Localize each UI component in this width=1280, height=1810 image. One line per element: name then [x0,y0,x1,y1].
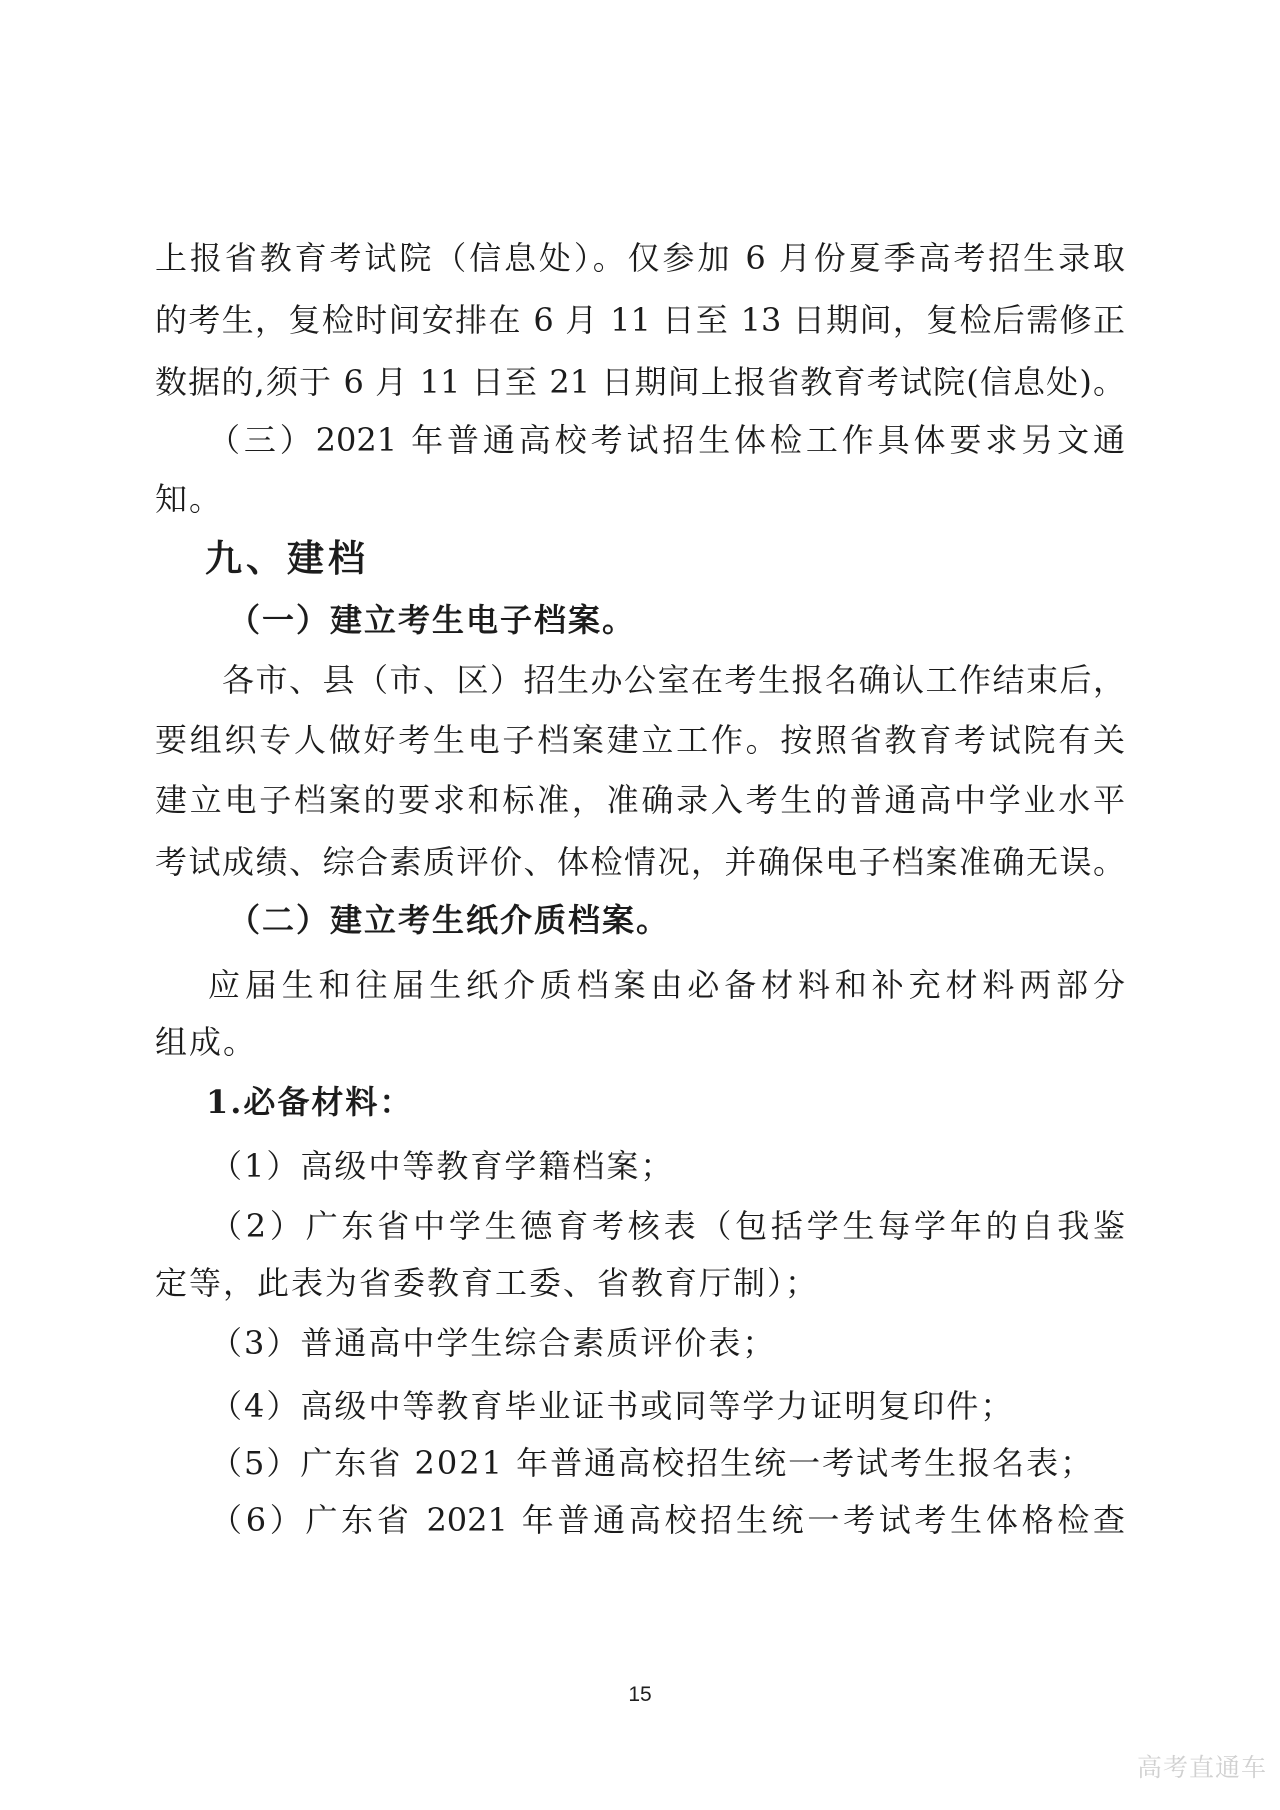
paragraph-line: 知。 [155,469,223,529]
list-item-5: （5）广东省 2021 年普通高校招生统一考试考生报名表； [210,1433,1094,1493]
list-item-3: （3）普通高中学生综合素质评价表； [210,1313,776,1373]
list-heading-required-materials: 1.必备材料： [206,1072,413,1132]
paragraph-line: （三）2021 年普通高校考试招生体检工作具体要求另文通 [208,410,1125,470]
paragraph-line: 上报省教育考试院（信息处）。仅参加 6 月份夏季高考招生录取 [155,228,1125,288]
list-item-4: （4）高级中等教育毕业证书或同等学力证明复印件； [210,1376,1014,1436]
page-number: 15 [0,1683,1280,1707]
paragraph-line: 的考生，复检时间安排在 6 月 11 日至 13 日期间，复检后需修正 [155,290,1125,350]
watermark: 高考直通车 [1137,1753,1267,1783]
subsection-heading-electronic-archive: （一）建立考生电子档案。 [228,590,636,650]
paragraph-line: 各市、县（市、区）招生办公室在考生报名确认工作结束后， [222,650,1125,710]
paragraph-line: 数据的,须于 6 月 11 日至 21 日期间上报省教育考试院(信息处)。 [155,352,1125,412]
section-heading-jiandang: 九、建档 [205,526,369,590]
paragraph-line: 要组织专人做好考生电子档案建立工作。按照省教育考试院有关 [155,710,1125,770]
list-item-2-continuation: 定等，此表为省委教育工委、省教育厅制）； [155,1253,819,1313]
paragraph-line: 应届生和往届生纸介质档案由必备材料和补充材料两部分 [208,955,1125,1015]
list-item-6: （6）广东省 2021 年普通高校招生统一考试考生体格检查 [210,1490,1125,1550]
list-item-1: （1）高级中等教育学籍档案； [210,1136,674,1196]
paragraph-line: 建立电子档案的要求和标准，准确录入考生的普通高中学业水平 [155,770,1125,830]
list-item-2: （2）广东省中学生德育考核表（包括学生每学年的自我鉴 [210,1196,1125,1256]
paragraph-line: 组成。 [155,1012,257,1072]
subsection-heading-paper-archive: （二）建立考生纸介质档案。 [228,890,670,950]
document-page: 上报省教育考试院（信息处）。仅参加 6 月份夏季高考招生录取 的考生，复检时间安… [0,0,1280,1810]
paragraph-line: 考试成绩、综合素质评价、体检情况，并确保电子档案准确无误。 [155,832,1125,892]
